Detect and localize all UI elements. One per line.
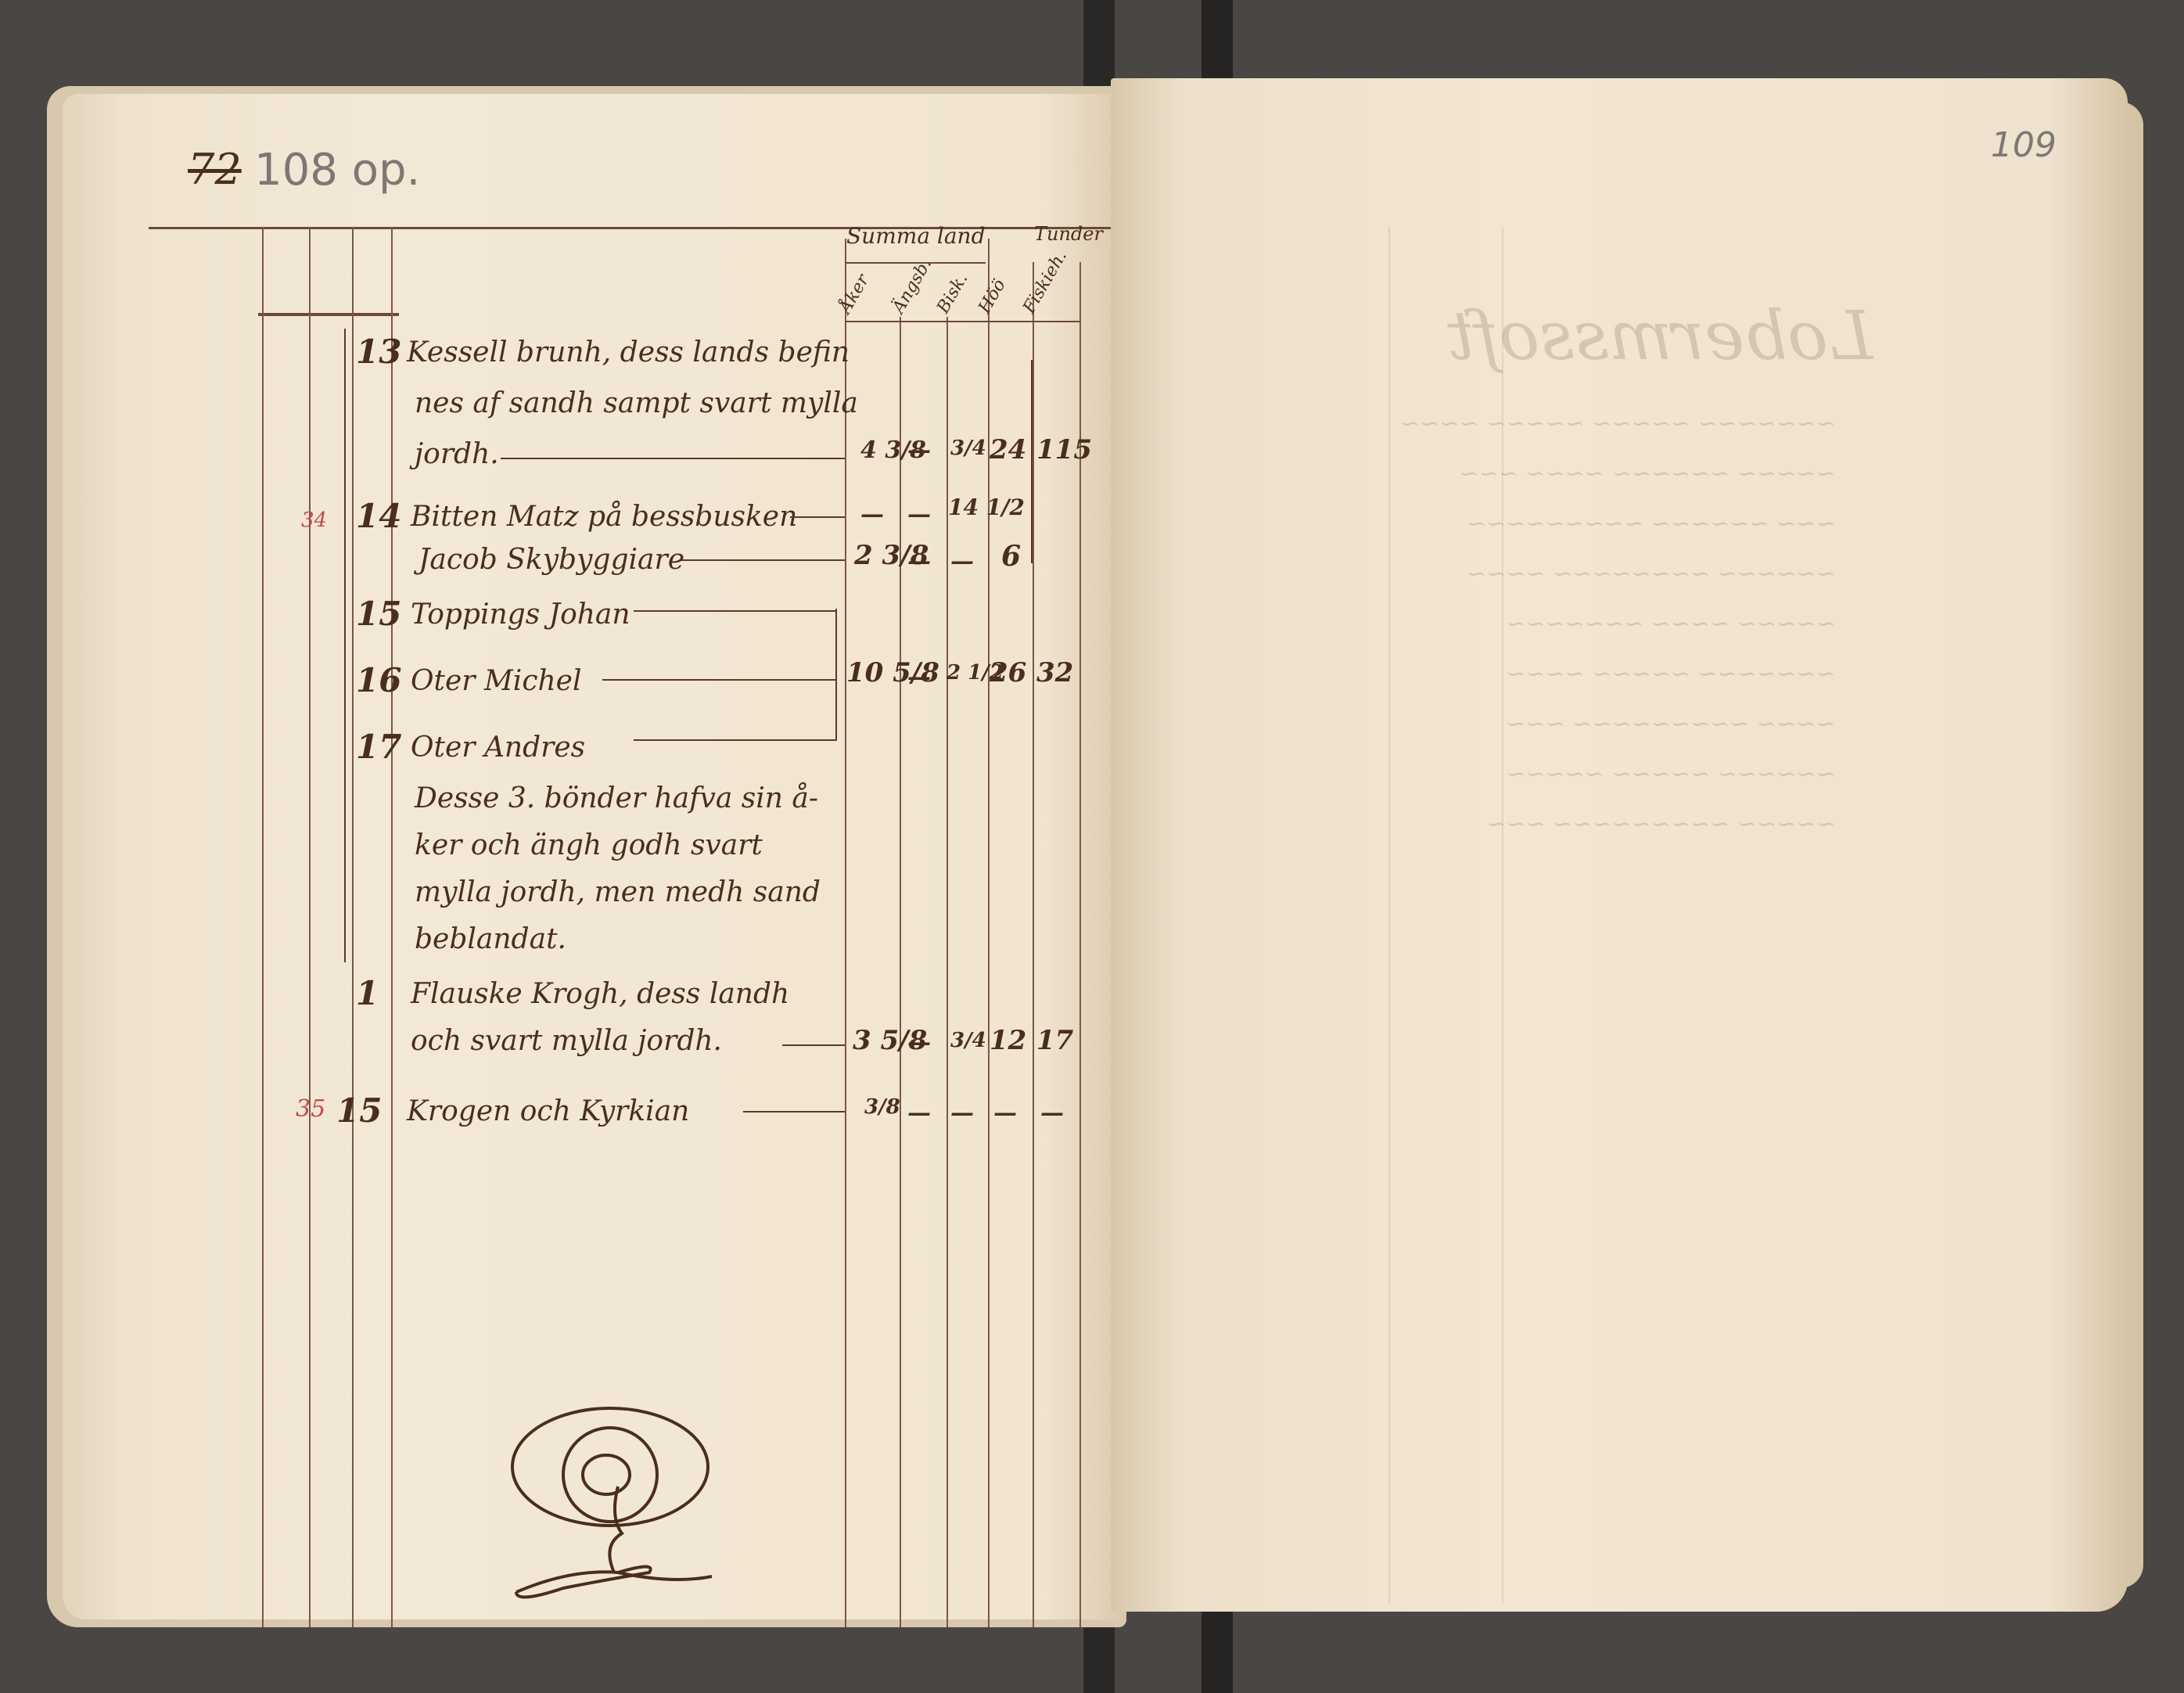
entry-13-tunder: 115 (1036, 434, 1092, 465)
entry-14-leader-2 (681, 559, 845, 561)
entry-17-name: Oter Andres (411, 731, 585, 764)
entry-14-leader-1 (790, 516, 845, 518)
entry-15b-aker: 3/8 (864, 1095, 900, 1119)
entry-1-tunder: 17 (1036, 1025, 1073, 1056)
bleed-through-title: Lobermssoft (1447, 297, 1873, 376)
entry-1-hoo: 12 (990, 1025, 1026, 1056)
header-rule (258, 313, 399, 316)
entry-14-line-1: Bitten Matz på bessbusken (411, 501, 797, 533)
entry-15-17-hoo: 26 (990, 657, 1026, 688)
entry-13-bisk: 3/4 (950, 437, 986, 460)
entry-15b-tunder: — (1040, 1099, 1064, 1127)
entry-14-hoo-2: 6 (1001, 540, 1021, 573)
entry-14-angs-2: — (907, 548, 931, 575)
bleed-through-text: ~~~~~~~ ~~~~~ ~~~~~ ~~~~~~~~~ ~~~~~~ ~~~… (1400, 399, 1835, 850)
rows-15-17-bracket (835, 609, 837, 740)
entry-15-leader (634, 610, 837, 612)
entry-13-leader (501, 458, 845, 459)
old-folio-number: 72 (188, 145, 242, 194)
entry-17-number: 17 (356, 728, 401, 766)
entry-13-number: 13 (356, 332, 401, 371)
margin-line-1 (262, 227, 264, 1627)
entry-13-angs: — (907, 437, 931, 464)
entry-1-angs: — (907, 1029, 931, 1056)
entry-1-bisk: 3/4 (950, 1029, 986, 1052)
entry-15-17-angs: — (907, 663, 931, 691)
entry-15b-angs: — (907, 1099, 931, 1127)
entry-13-hoo: 24 (990, 434, 1026, 465)
note-line-1: Desse 3. bönder hafva sin å- (415, 782, 818, 814)
closing-flourish-icon (485, 1377, 798, 1612)
entry-15b-name: Krogen och Kyrkian (407, 1095, 689, 1127)
entry-1-leader (782, 1044, 845, 1046)
entry-15-17-tunder: 32 (1036, 657, 1073, 688)
entry-15b-number: 15 (336, 1091, 382, 1130)
entry-1-line-2: och svart mylla jordh. (411, 1025, 722, 1057)
col-tunder-line (1033, 262, 1034, 1627)
col-end-line (1079, 262, 1081, 1627)
right-ghost-rule-1 (1388, 227, 1390, 1604)
entry-1-line-1: Flauske Krogh, dess landh (411, 978, 789, 1010)
right-folio-number: 109 (1991, 125, 2056, 165)
entry-14-aker-1: — (860, 501, 884, 528)
pencil-folio-number: 108 op. (254, 145, 420, 196)
entry-group-bracket (344, 329, 346, 962)
margin-mark-34: 34 (301, 509, 327, 532)
col-angs-line (900, 317, 901, 1627)
entry-14-line-2: Jacob Skybyggiare (418, 544, 684, 576)
entry-15b-bisk: — (950, 1099, 974, 1127)
header-summa-land: Summa land (846, 223, 986, 249)
header-tunder: Tunder (1034, 223, 1103, 245)
entry-1-number: 1 (356, 974, 379, 1012)
entry-15-number: 15 (356, 595, 401, 633)
margin-mark-35: 35 (296, 1095, 325, 1123)
entry-15b-leader (743, 1111, 845, 1112)
entry-16-name: Oter Michel (411, 665, 581, 697)
entry-14-bisk-1: 14 1/2 (948, 494, 1025, 520)
entry-16-leader (602, 679, 837, 681)
margin-line-2 (309, 227, 311, 1627)
entry-13-line-1: Kessell brunh, dess lands befin (407, 336, 850, 368)
margin-line-4 (391, 227, 393, 1627)
entry-14-angs-1: — (907, 501, 931, 528)
entry-14-number: 14 (356, 497, 401, 535)
totals-bracket (1031, 360, 1033, 563)
entry-17-leader (634, 739, 837, 741)
subheader-rule-2 (845, 321, 1079, 322)
entry-15-name: Toppings Johan (411, 598, 630, 631)
margin-line-3 (352, 227, 354, 1627)
note-line-3: mylla jordh, men medh sand (415, 876, 821, 908)
entry-13-line-3: jordh. (415, 438, 499, 470)
entry-13-line-2: nes af sandh sampt svart mylla (415, 387, 858, 419)
entry-16-number: 16 (356, 661, 401, 699)
col-aker-line (845, 239, 846, 1627)
note-line-4: beblandat. (415, 923, 566, 955)
entry-14-bisk-2: — (950, 548, 974, 575)
note-line-2: ker och ängh godh svart (415, 829, 763, 861)
entry-15b-hoo: — (993, 1099, 1017, 1127)
